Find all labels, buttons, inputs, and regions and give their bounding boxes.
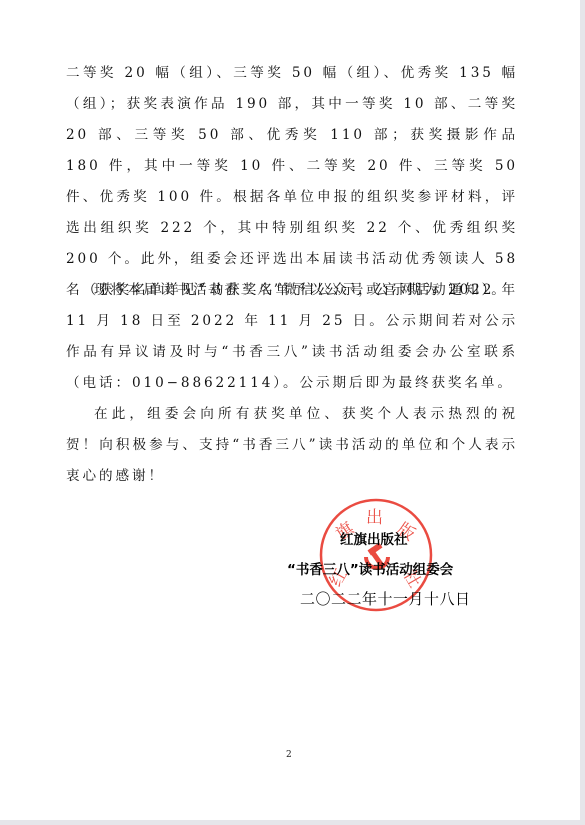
signature-committee: “书香三八”读书活动组委会 — [287, 558, 453, 578]
svg-text:出: 出 — [366, 508, 383, 528]
paragraph-congratulations: 在此，组委会向所有获奖单位、获奖个人表示热烈的祝贺！向积极参与、支持“书香三八”… — [66, 399, 518, 492]
signature-date: 二〇二二年十一月十八日 — [300, 588, 471, 609]
paragraph-public-notice: 现将本届读书活动获奖名单予以公示，公示期为 2022 年 11 月 18 日至 … — [66, 275, 518, 399]
document-page: 二等奖 20 幅（组）、三等奖 50 幅（组）、优秀奖 135 幅（组）；获奖表… — [0, 0, 580, 820]
page-number: 2 — [286, 750, 292, 760]
paragraph-awards-summary: 二等奖 20 幅（组）、三等奖 50 幅（组）、优秀奖 135 幅（组）；获奖表… — [66, 58, 518, 306]
signature-organization: 红旗出版社 — [340, 528, 408, 548]
